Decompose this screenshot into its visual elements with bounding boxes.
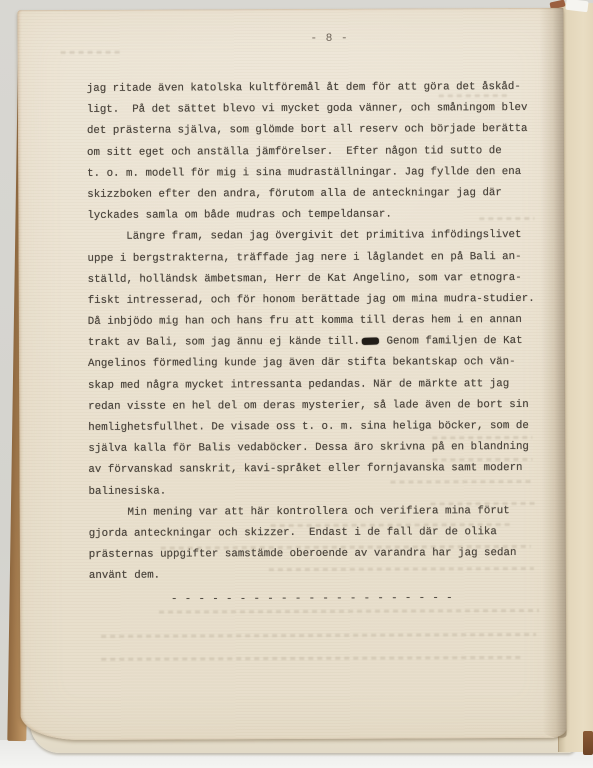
text-line: det prästerna själva, som glömde bort al… <box>87 119 549 142</box>
text-line: Längre fram, sedan jag övergivit det pri… <box>87 225 549 248</box>
bleedthrough-line <box>432 436 532 439</box>
bleedthrough-line <box>159 609 539 614</box>
text-block: jag ritade även katolska kultföremål åt … <box>87 77 551 588</box>
text-line: fiskt intresserad, och för honom berätta… <box>88 289 550 312</box>
text-segment: trakt av Bali, som jag ännu ej kände til… <box>88 336 360 349</box>
bleedthrough-line <box>432 458 532 461</box>
paragraph: Min mening var att här kontrollera och v… <box>89 501 551 588</box>
bleedthrough-line <box>479 217 534 220</box>
text-line: av förvanskad sanskrit, kavi-språket ell… <box>88 458 550 481</box>
scanned-book-page-photo: - 8 - jag ritade även katolska kultförem… <box>0 0 593 768</box>
text-line: själva kalla för Balis vedaböcker. Dessa… <box>88 437 550 460</box>
text-line: ställd, holländsk ämbetsman, Herr de Kat… <box>88 268 550 291</box>
bleedthrough-line <box>390 480 530 484</box>
text-segment: Genom familjen de Kat <box>380 335 523 348</box>
page-number: - 8 - <box>311 33 349 45</box>
text-line: lyckades samla om både mudras och tempel… <box>87 204 549 227</box>
paragraph: jag ritade även katolska kultföremål åt … <box>87 77 550 227</box>
text-line: t. o. m. modell för mig i sina mudrastäl… <box>87 162 549 185</box>
text-line: ligt. På det sättet blevo vi mycket goda… <box>87 98 549 121</box>
bleedthrough-line <box>61 51 121 54</box>
text-line: skizzboken efter den andra, förutom alla… <box>87 183 549 206</box>
text-line: redan visste en hel del om deras mysteri… <box>88 395 550 418</box>
text-line: Då inbjödo mig han och hans fru att komm… <box>88 310 550 333</box>
text-line: Angelinos förmedling kunde jag även där … <box>88 352 550 375</box>
bleedthrough-line <box>101 656 521 661</box>
ink-blot <box>362 338 379 346</box>
text-line: skap med några mycket intressanta pedand… <box>88 373 550 396</box>
text-line: trakt av Bali, som jag ännu ej kände til… <box>88 331 550 354</box>
document-page: - 8 - jag ritade även katolska kultförem… <box>17 8 566 740</box>
bleedthrough-line <box>439 94 509 97</box>
binding-corner <box>583 731 593 755</box>
bleedthrough-line <box>431 502 536 505</box>
text-line: om sitt eget och anställa jämförelser. E… <box>87 140 549 163</box>
bleedthrough-line <box>101 633 536 638</box>
divider-dashes: - - - - - - - - - - - - - - - - - - - - … <box>171 592 453 605</box>
text-line: uppe i bergstrakterna, träffade jag nere… <box>87 246 549 269</box>
